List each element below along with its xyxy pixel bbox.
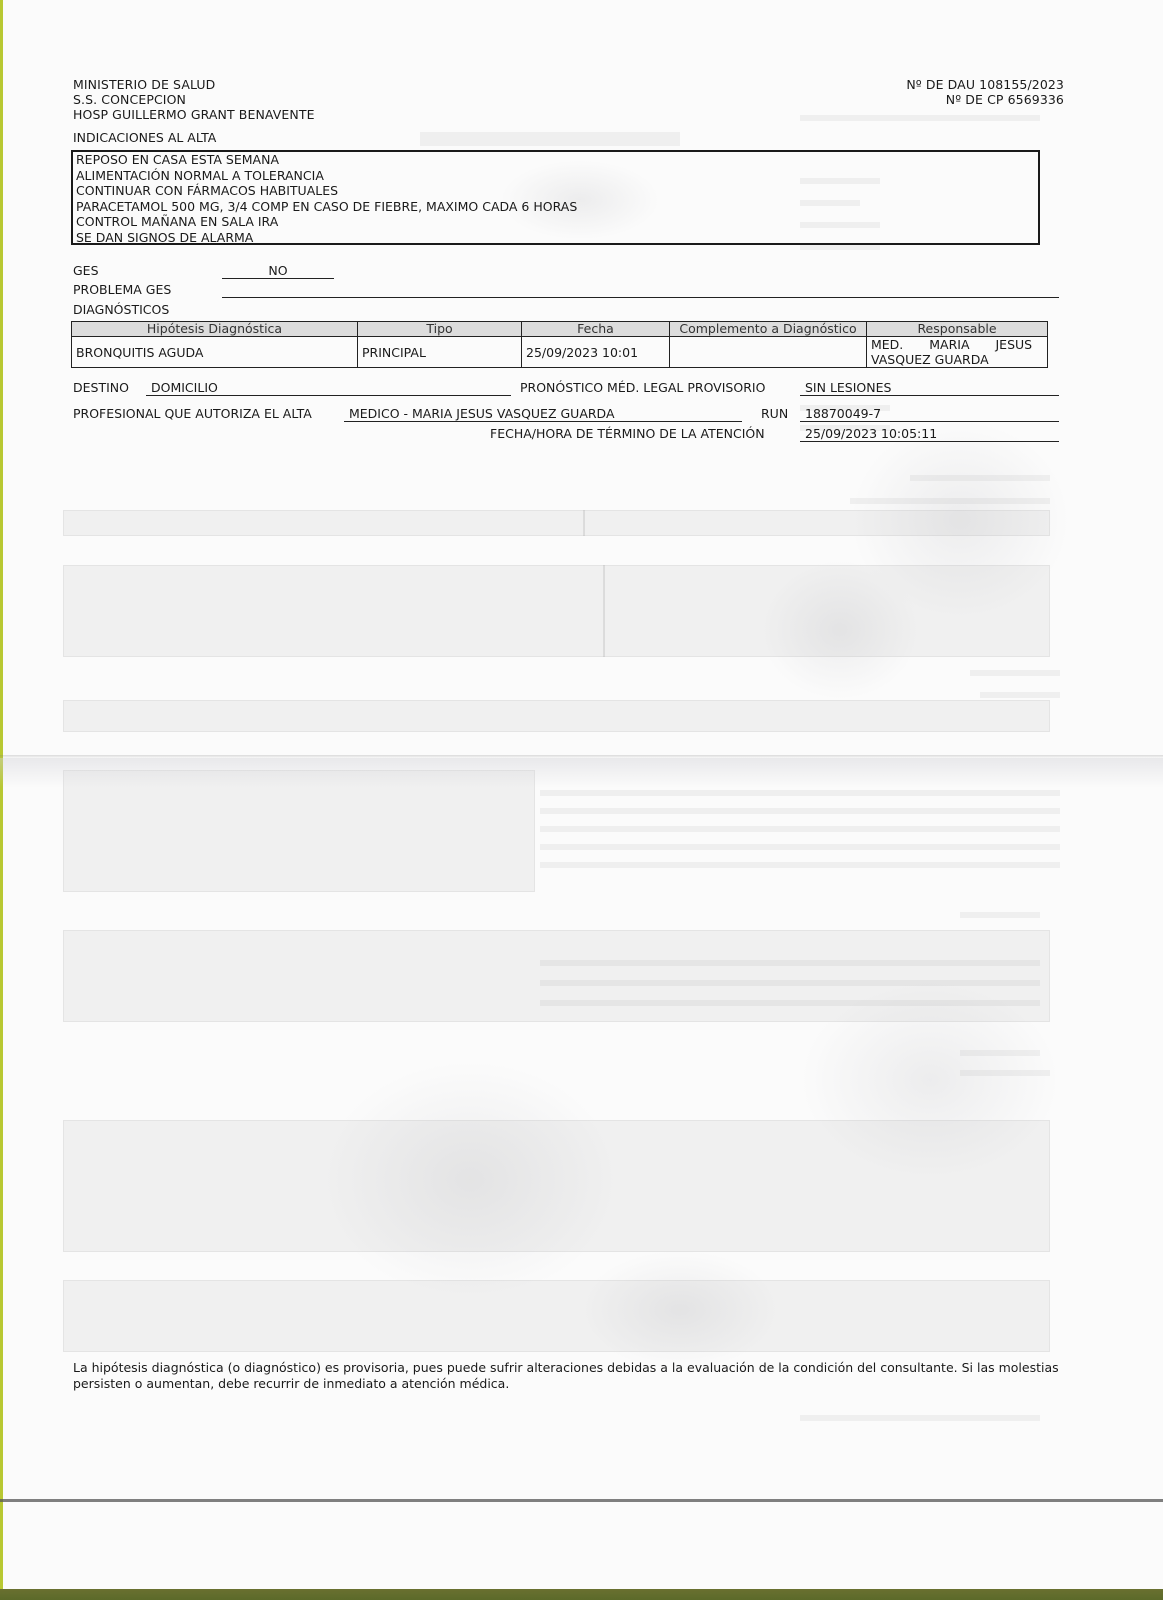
diagnosis-type: PRINCIPAL [358,337,522,368]
column-header: Fecha [522,322,670,337]
column-header: Complemento a Diagnóstico [670,322,867,337]
diagnosis-hypothesis: BRONQUITIS AGUDA [72,337,358,368]
destination-value: DOMICILIO [146,380,511,396]
indication-line: ALIMENTACIÓN NORMAL A TOLERANCIA [76,168,1038,184]
paper-fold-shadow [0,758,1163,788]
column-header: Tipo [358,322,522,337]
diagnostics-table: Hipótesis Diagnóstica Tipo Fecha Complem… [71,321,1048,368]
indications-box: REPOSO EN CASA ESTA SEMANA ALIMENTACIÓN … [71,150,1040,245]
ges-label: GES [73,263,99,278]
professional-value: MEDICO - MARIA JESUS VASQUEZ GUARDA [344,406,742,422]
responsible-line: VASQUEZ GUARDA [871,352,1043,367]
professional-label: PROFESIONAL QUE AUTORIZA EL ALTA [73,406,312,421]
table-row: BRONQUITIS AGUDA PRINCIPAL 25/09/2023 10… [72,337,1048,368]
table-header-row: Hipótesis Diagnóstica Tipo Fecha Complem… [72,322,1048,337]
indication-line: SE DAN SIGNOS DE ALARMA [76,230,1038,246]
ges-problem-label: PROBLEMA GES [73,282,171,297]
hospital-name: HOSP GUILLERMO GRANT BENAVENTE [73,107,315,122]
paper-fold-bottom [0,1499,1163,1502]
responsible-line: MED. MARIA JESUS [871,337,1043,352]
ges-value: NO [222,263,334,279]
dau-number: Nº DE DAU 108155/2023 [906,77,1064,92]
cp-number: Nº DE CP 6569336 [906,92,1064,107]
ges-problem-value [222,282,1059,298]
diagnosis-complement [670,337,867,368]
health-service: S.S. CONCEPCION [73,92,315,107]
disclaimer-note: La hipótesis diagnóstica (o diagnóstico)… [73,1360,1073,1392]
prognosis-value: SIN LESIONES [800,380,1059,396]
indication-line: REPOSO EN CASA ESTA SEMANA [76,152,1038,168]
column-header: Hipótesis Diagnóstica [72,322,358,337]
ministry-name: MINISTERIO DE SALUD [73,77,315,92]
institution-header: MINISTERIO DE SALUD S.S. CONCEPCION HOSP… [73,77,315,122]
scan-edge-bottom [0,1589,1163,1600]
prognosis-label: PRONÓSTICO MÉD. LEGAL PROVISORIO [520,380,765,395]
record-numbers: Nº DE DAU 108155/2023 Nº DE CP 6569336 [906,77,1064,107]
run-value: 18870049-7 [800,406,1059,422]
indication-line: CONTINUAR CON FÁRMACOS HABITUALES [76,183,1038,199]
run-label: RUN [761,406,788,421]
indication-line: CONTROL MAÑANA EN SALA IRA [76,214,1038,230]
end-time-value: 25/09/2023 10:05:11 [800,426,1059,442]
indication-line: PARACETAMOL 500 MG, 3/4 COMP EN CASO DE … [76,199,1038,215]
diagnostics-title: DIAGNÓSTICOS [73,302,169,317]
scan-edge-left [0,0,3,1600]
end-time-label: FECHA/HORA DE TÉRMINO DE LA ATENCIÓN [490,426,765,441]
column-header: Responsable [867,322,1048,337]
diagnosis-date: 25/09/2023 10:01 [522,337,670,368]
destination-label: DESTINO [73,380,129,395]
indications-title: INDICACIONES AL ALTA [73,130,216,145]
diagnosis-responsible: MED. MARIA JESUS VASQUEZ GUARDA [867,337,1048,368]
